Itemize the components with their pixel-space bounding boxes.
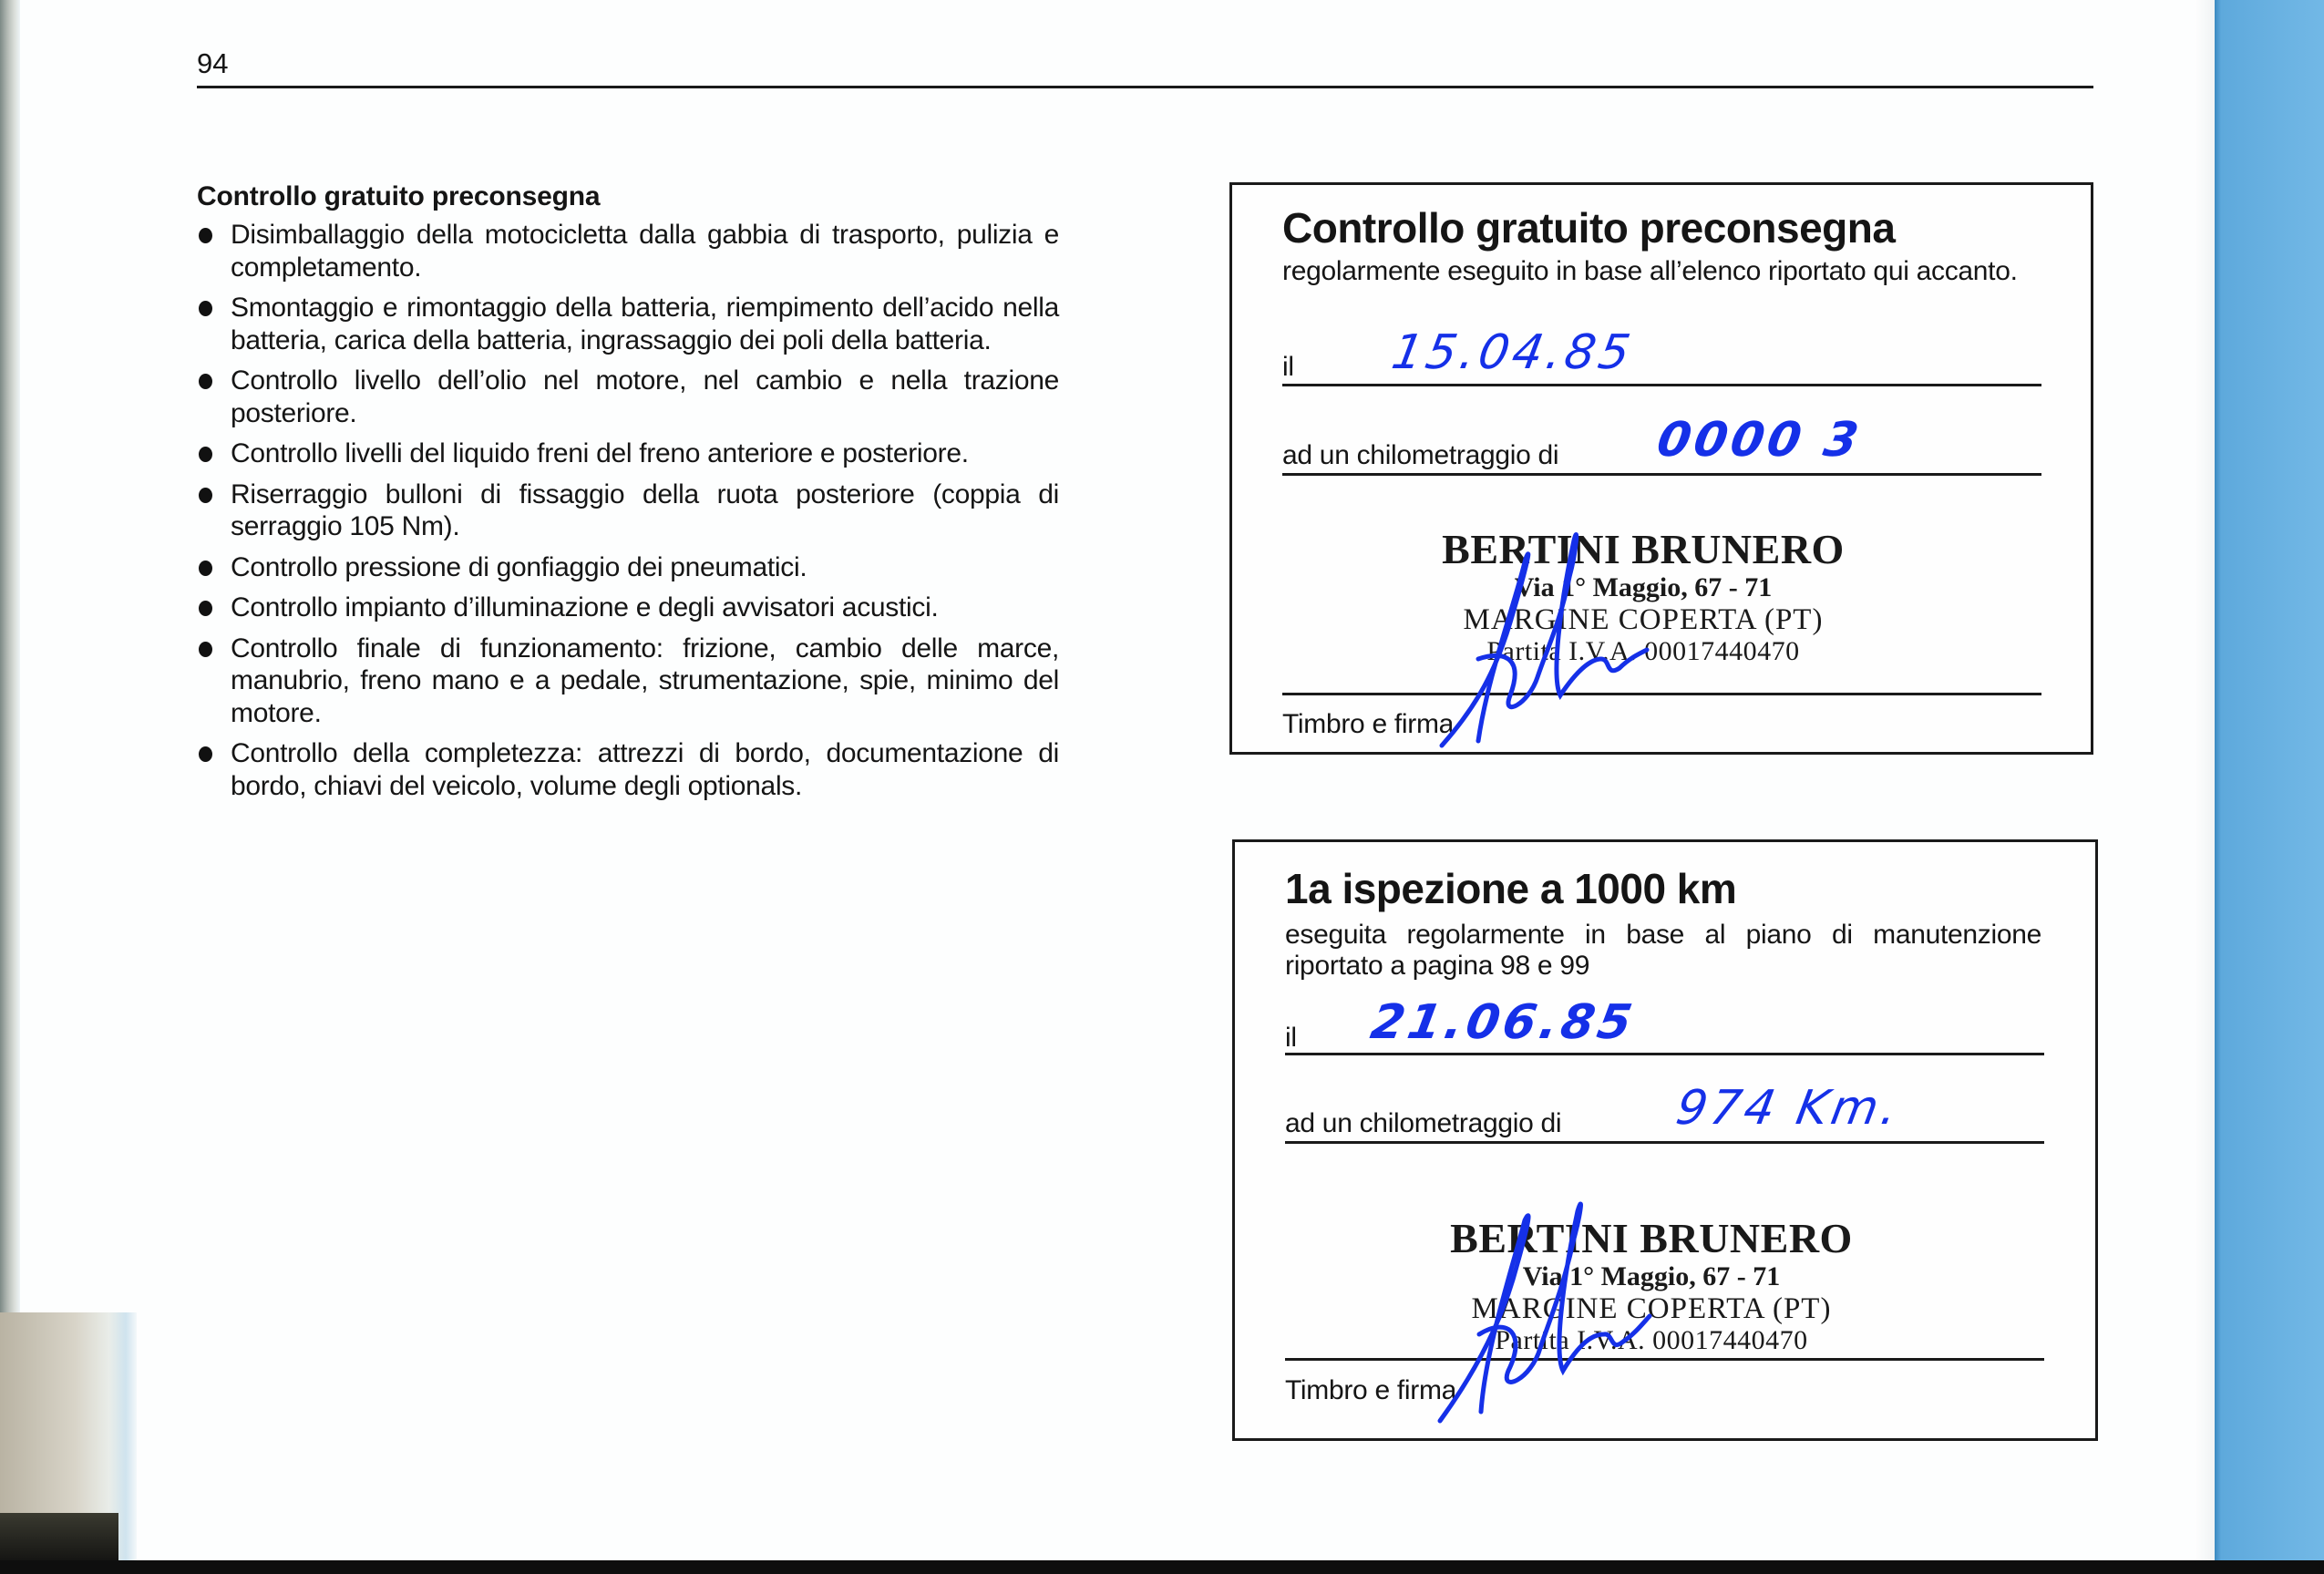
box-title: Controllo gratuito preconsegna (1282, 203, 1895, 252)
checklist-item: Controllo impianto d’illuminazione e deg… (197, 592, 1059, 624)
bullet-icon (199, 374, 212, 389)
stamp-vat: Partita I.V.A. 00017440470 (1221, 1325, 2082, 1356)
checklist-item-text: Smontaggio e rimontaggio della batteria,… (231, 293, 1059, 355)
signature-line (1282, 693, 2041, 695)
blue-cover-edge (2215, 0, 2324, 1574)
checklist-item-text: Controllo finale di funzionamento: frizi… (231, 633, 1059, 728)
dealer-stamp: BERTINI BRUNERO Via 1° Maggio, 67 - 71 M… (1214, 527, 2072, 667)
date-value-handwritten: 15.04.85 (1388, 325, 1638, 380)
checklist-item-text: Disimballaggio della motocicletta dalla … (231, 220, 1059, 283)
km-line (1285, 1141, 2044, 1144)
box-title: 1a ispezione a 1000 km (1285, 864, 1736, 913)
checklist-section: Controllo gratuito preconsegna Disimball… (197, 180, 1059, 810)
predelivery-certificate-box: Controllo gratuito preconsegna regolarme… (1229, 182, 2093, 755)
bullet-icon (199, 301, 212, 316)
stamp-address: Via 1° Maggio, 67 - 71 (1221, 1261, 2082, 1292)
header-rule (197, 86, 2093, 88)
bullet-icon (199, 601, 212, 616)
page-number: 94 (197, 47, 228, 80)
signature-label: Timbro e firma (1282, 709, 1454, 740)
checklist-item: Controllo livello dell’olio nel motore, … (197, 365, 1059, 429)
km-line (1282, 473, 2041, 476)
section-heading: Controllo gratuito preconsegna (197, 180, 1059, 213)
checklist-item: Controllo pressione di gonfiaggio dei pn… (197, 551, 1059, 584)
stamp-name: BERTINI BRUNERO (1221, 1216, 2082, 1261)
bullet-icon (199, 488, 212, 503)
checklist-item: Controllo livelli del liquido freni del … (197, 437, 1059, 470)
bullet-icon (199, 447, 212, 462)
date-line (1282, 384, 2041, 386)
date-label: il (1282, 352, 1294, 383)
dealer-stamp: BERTINI BRUNERO Via 1° Maggio, 67 - 71 M… (1221, 1216, 2082, 1356)
checklist-item: Riserraggio bulloni di fissaggio della r… (197, 478, 1059, 543)
checklist-item: Controllo della completezza: attrezzi di… (197, 737, 1059, 802)
km-value-handwritten: 0000 3 (1653, 413, 1866, 468)
checklist: Disimballaggio della motocicletta dalla … (197, 219, 1059, 802)
stamp-city: MARGINE COPERTA (PT) (1221, 1292, 2082, 1325)
km-label: ad un chilometraggio di (1285, 1108, 1561, 1139)
checklist-item-text: Controllo pressione di gonfiaggio dei pn… (231, 552, 807, 582)
bullet-icon (199, 746, 212, 762)
checklist-item-text: Riserraggio bulloni di fissaggio della r… (231, 479, 1059, 542)
checklist-item: Smontaggio e rimontaggio della batteria,… (197, 292, 1059, 356)
signature-label: Timbro e firma (1285, 1375, 1456, 1406)
stamp-vat: Partita I.V.A. 00017440470 (1214, 636, 2072, 667)
date-label: il (1285, 1023, 1297, 1054)
stamp-city: MARGINE COPERTA (PT) (1214, 603, 2072, 636)
checklist-item: Disimballaggio della motocicletta dalla … (197, 219, 1059, 283)
date-line (1285, 1053, 2044, 1055)
bullet-icon (199, 561, 212, 576)
checklist-item-text: Controllo della completezza: attrezzi di… (231, 738, 1059, 801)
stamp-name: BERTINI BRUNERO (1214, 527, 2072, 572)
checklist-item-text: Controllo livello dell’olio nel motore, … (231, 365, 1059, 428)
first-inspection-certificate-box: 1a ispezione a 1000 km eseguita regolarm… (1232, 839, 2098, 1441)
box-subtitle: eseguita regolarmente in base al piano d… (1285, 920, 2041, 982)
checklist-item-text: Controllo impianto d’illuminazione e deg… (231, 592, 938, 622)
km-value-handwritten: 974 Km. (1672, 1081, 1906, 1136)
km-label: ad un chilometraggio di (1282, 440, 1558, 471)
bullet-icon (199, 642, 212, 657)
scan-bottom-border (0, 1560, 2324, 1574)
box-subtitle: regolarmente eseguito in base all’elenco… (1282, 256, 2057, 287)
signature-line (1285, 1358, 2044, 1361)
checklist-item: Controllo finale di funzionamento: frizi… (197, 633, 1059, 730)
checklist-item-text: Controllo livelli del liquido freni del … (231, 438, 969, 468)
date-value-handwritten: 21.06.85 (1367, 995, 1640, 1050)
bullet-icon (199, 228, 212, 243)
stamp-address: Via 1° Maggio, 67 - 71 (1214, 572, 2072, 603)
